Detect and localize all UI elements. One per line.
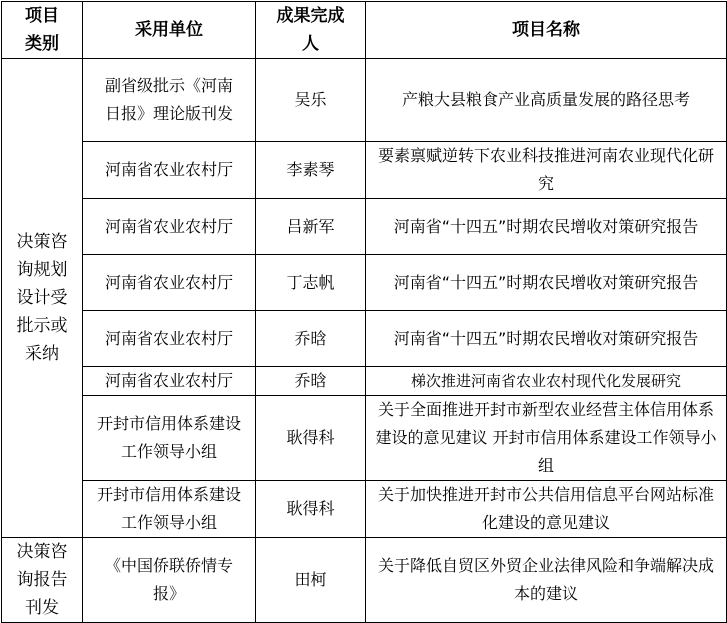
project-cell: 要素禀赋逆转下农业科技推进河南农业现代化研究 xyxy=(366,142,727,199)
unit-cell: 开封市信用体系建设工作领导小组 xyxy=(83,396,256,481)
table-row: 河南省农业农村厅 乔晗 梯次推进河南省农业农村现代化发展研究 xyxy=(2,367,727,396)
header-category: 项目类别 xyxy=(2,2,83,59)
unit-cell: 河南省农业农村厅 xyxy=(83,311,256,367)
person-cell: 田柯 xyxy=(256,538,366,619)
project-cell: 关于降低自贸区外贸企业法律风险和争端解决成本的建议 xyxy=(366,538,727,619)
unit-cell: 河南省农业农村厅 xyxy=(83,199,256,255)
table-row: 河南省农业农村厅 吕新军 河南省“十四五”时期农民增收对策研究报告 xyxy=(2,199,727,255)
person-cell: 丁志帆 xyxy=(256,255,366,311)
person-cell: 吴乐 xyxy=(256,59,366,142)
unit-cell: 开封市信用体系建设工作领导小组 xyxy=(83,481,256,538)
unit-cell: 河南省农业农村厅 xyxy=(83,255,256,311)
project-cell: 关于全面推进开封市新型农业经营主体信用体系建设的意见建议 开封市信用体系建设工作… xyxy=(366,396,727,481)
person-cell: 乔晗 xyxy=(256,311,366,367)
header-project: 项目名称 xyxy=(366,2,727,59)
project-cell: 产粮大县粮食产业高质量发展的路径思考 xyxy=(366,59,727,142)
header-row: 项目类别 采用单位 成果完成人 项目名称 xyxy=(2,2,727,59)
category-cell: 决策咨询规划设计受批示或采纳 xyxy=(2,59,83,538)
table-row: 河南省农业农村厅 乔晗 河南省“十四五”时期农民增收对策研究报告 xyxy=(2,311,727,367)
table-row: 开封市信用体系建设工作领导小组 耿得科 关于加快推进开封市公共信用信息平台网站标… xyxy=(2,481,727,538)
unit-cell: 河南省农业农村厅 xyxy=(83,367,256,396)
project-cell: 梯次推进河南省农业农村现代化发展研究 xyxy=(366,367,727,396)
project-cell: 关于加快推进开封市公共信用信息平台网站标准化建设的意见建议 xyxy=(366,481,727,538)
table-row: 河南省农业农村厅 李素琴 要素禀赋逆转下农业科技推进河南农业现代化研究 xyxy=(2,142,727,199)
table-row: 开封市信用体系建设工作领导小组 耿得科 关于全面推进开封市新型农业经营主体信用体… xyxy=(2,396,727,481)
person-cell: 李素琴 xyxy=(256,142,366,199)
person-cell: 耿得科 xyxy=(256,481,366,538)
table-row: 决策咨询规划设计受批示或采纳 副省级批示《河南日报》理论版刊发 吴乐 产粮大县粮… xyxy=(2,59,727,142)
project-cell: 河南省“十四五”时期农民增收对策研究报告 xyxy=(366,199,727,255)
achievements-table: 项目类别 采用单位 成果完成人 项目名称 决策咨询规划设计受批示或采纳 副省级批… xyxy=(1,1,727,618)
header-unit: 采用单位 xyxy=(83,2,256,59)
table-row: 决策咨询报告刊发 《中国侨联侨情专报》 田柯 关于降低自贸区外贸企业法律风险和争… xyxy=(2,538,727,619)
project-cell: 河南省“十四五”时期农民增收对策研究报告 xyxy=(366,255,727,311)
unit-cell: 《中国侨联侨情专报》 xyxy=(83,538,256,619)
unit-cell: 河南省农业农村厅 xyxy=(83,142,256,199)
unit-cell: 副省级批示《河南日报》理论版刊发 xyxy=(83,59,256,142)
table-row: 河南省农业农村厅 丁志帆 河南省“十四五”时期农民增收对策研究报告 xyxy=(2,255,727,311)
person-cell: 耿得科 xyxy=(256,396,366,481)
category-cell: 决策咨询报告刊发 xyxy=(2,538,83,619)
person-cell: 乔晗 xyxy=(256,367,366,396)
header-person: 成果完成人 xyxy=(256,2,366,59)
project-cell: 河南省“十四五”时期农民增收对策研究报告 xyxy=(366,311,727,367)
person-cell: 吕新军 xyxy=(256,199,366,255)
